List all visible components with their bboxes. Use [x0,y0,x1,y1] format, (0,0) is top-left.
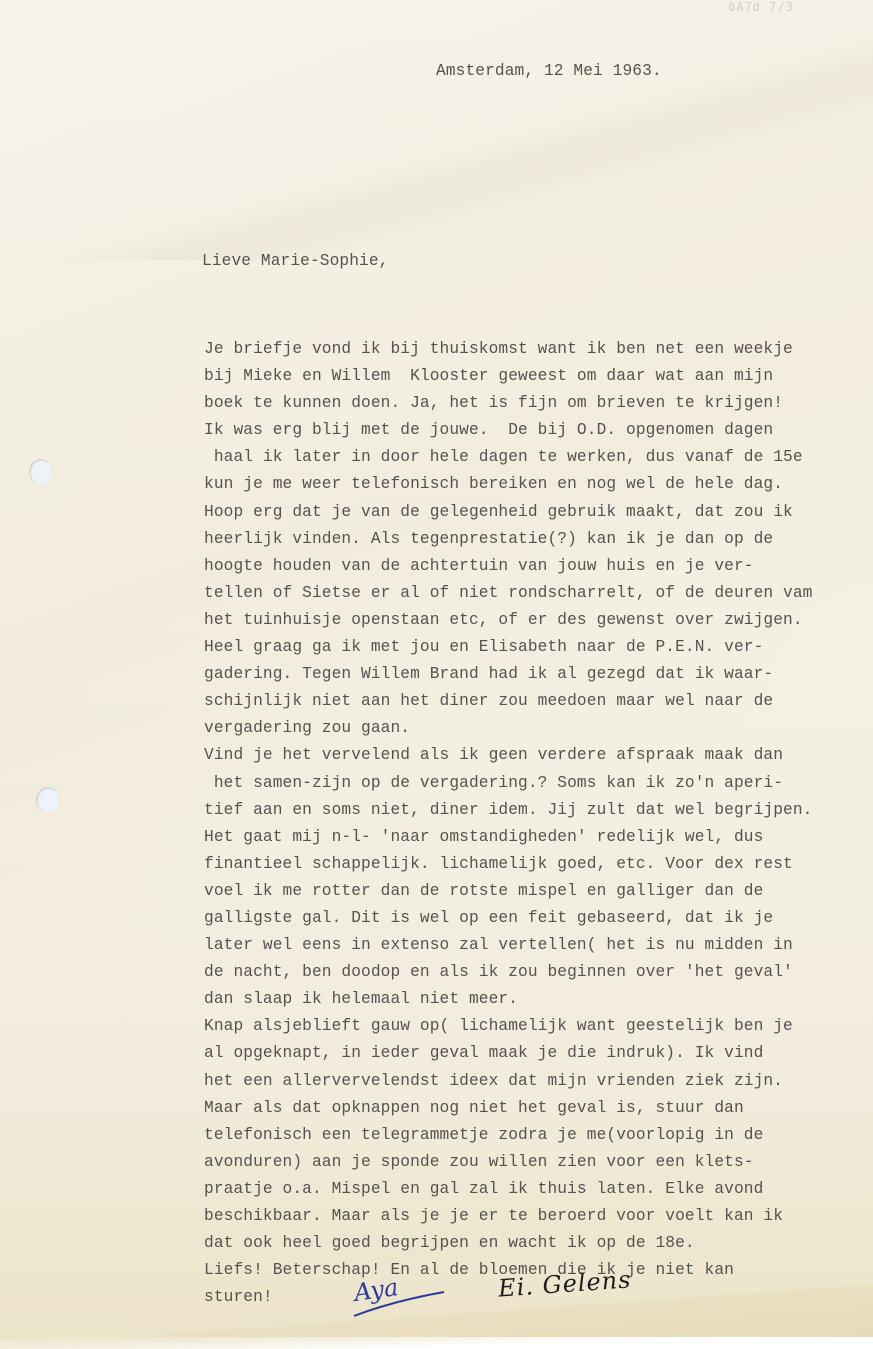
letter-line: praatje o.a. Mispel en gal zal ik thuis … [204,1176,812,1203]
letter-page: 0A7d 7/3 Amsterdam, 12 Mei 1963. Lieve M… [0,0,873,1349]
letter-line: bij Mieke en Willem Klooster geweest om … [204,363,812,390]
letter-line: de nacht, ben doodop en als ik zou begin… [204,959,812,986]
letter-line: telefonisch een telegrammetje zodra je m… [204,1122,812,1149]
letter-line: Maar als dat opknappen nog niet het geva… [204,1095,812,1122]
letter-line: gadering. Tegen Willem Brand had ik al g… [204,661,812,688]
letter-line: kun je me weer telefonisch bereiken en n… [204,471,812,498]
dateline: Amsterdam, 12 Mei 1963. [436,62,662,80]
letter-line: avonduren) aan je sponde zou willen zien… [204,1149,812,1176]
paper-fold-shadow [0,0,873,260]
salutation: Lieve Marie-Sophie, [202,252,388,270]
scan-background-strip [0,1337,873,1349]
letter-line: het een allervervelendst ideex dat mijn … [204,1068,812,1095]
letter-line: Hoop erg dat je van de gelegenheid gebru… [204,499,812,526]
letter-line: schijnlijk niet aan het diner zou meedoe… [204,688,812,715]
letter-line: galligste gal. Dit is wel op een feit ge… [204,905,812,932]
letter-line: Knap alsjeblieft gauw op( lichamelijk wa… [204,1013,812,1040]
signature-second: Ei. Gelens [497,1265,632,1302]
letter-body: Je briefje vond ik bij thuiskomst want i… [204,336,812,1311]
letter-line: boek te kunnen doen. Ja, het is fijn om … [204,390,812,417]
letter-line: al opgeknapt, in ieder geval maak je die… [204,1040,812,1067]
letter-line: Het gaat mij n-l- 'naar omstandigheden' … [204,824,812,851]
letter-line: Heel graag ga ik met jou en Elisabeth na… [204,634,812,661]
letter-line: Ik was erg blij met de jouwe. De bij O.D… [204,417,812,444]
letter-line: haal ik later in door hele dagen te werk… [204,444,812,471]
letter-line: dat ook heel goed begrijpen en wacht ik … [204,1230,812,1257]
letter-line: het tuinhuisje openstaan etc, of er des … [204,607,812,634]
letter-line: tellen of Sietse er al of niet rondschar… [204,580,812,607]
letter-line: hoogte houden van de achtertuin van jouw… [204,553,812,580]
letter-line: finantieel schappelijk. lichamelijk goed… [204,851,812,878]
letter-line: heerlijk vinden. Als tegenprestatie(?) k… [204,526,812,553]
signature-block: Aya Ei. Gelens [350,1262,710,1332]
letter-line: beschikbaar. Maar als je je er te beroer… [204,1203,812,1230]
letter-line: Je briefje vond ik bij thuiskomst want i… [204,336,812,363]
letter-line: voel ik me rotter dan de rotste mispel e… [204,878,812,905]
archive-stamp: 0A7d 7/3 [728,0,794,14]
letter-line: vergadering zou gaan. [204,715,812,742]
punch-hole-top [29,459,53,485]
letter-line: Vind je het vervelend als ik geen verder… [204,742,812,769]
punch-hole-bottom [36,787,60,813]
letter-line: later wel eens in extenso zal vertellen(… [204,932,812,959]
letter-line: het samen-zijn op de vergadering.? Soms … [204,770,812,797]
letter-line: dan slaap ik helemaal niet meer. [204,986,812,1013]
letter-line: tief aan en soms niet, diner idem. Jij z… [204,797,812,824]
